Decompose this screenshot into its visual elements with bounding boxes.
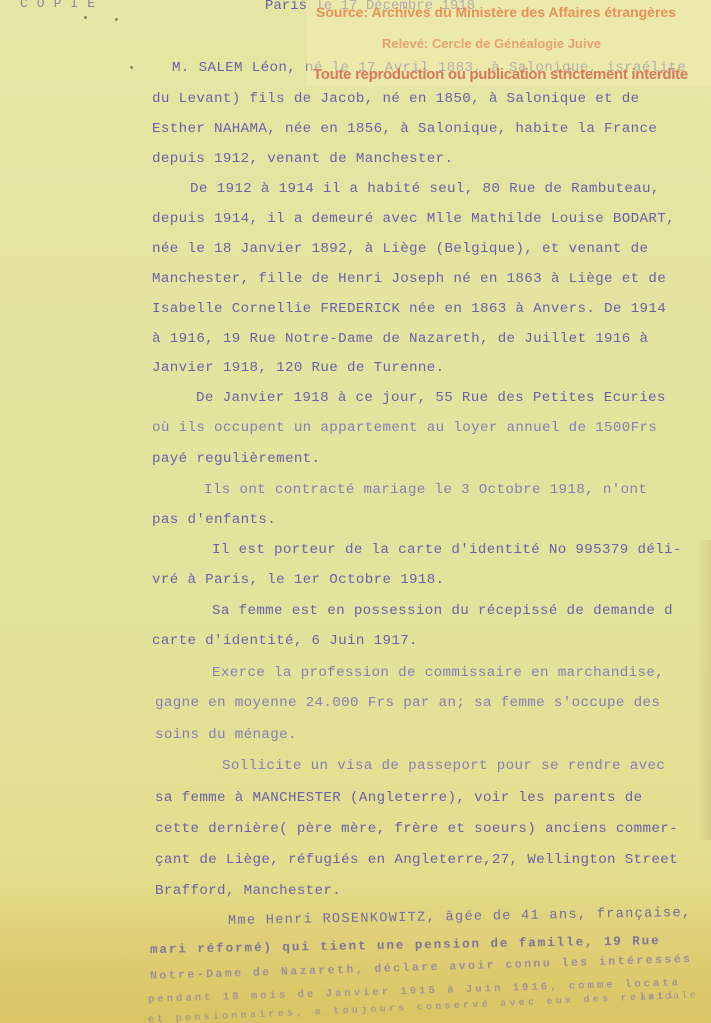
body-line: payé regulièrement. <box>152 451 320 467</box>
ink-speck <box>115 18 118 21</box>
watermark-releve: Relevé: Cercle de Généalogie Juive <box>382 36 601 51</box>
body-line: Janvier 1918, 120 Rue de Turenne. <box>152 360 445 376</box>
body-line: vré à Paris, le 1er Octobre 1918. <box>152 572 445 588</box>
watermark-source: Source: Archives du Ministère des Affair… <box>316 4 676 20</box>
ink-speck <box>130 66 133 69</box>
body-line: De Janvier 1918 à ce jour, 55 Rue des Pe… <box>196 390 666 406</box>
body-line: du Levant) fils de Jacob, né en 1850, à … <box>152 91 640 107</box>
body-line: gagne en moyenne 24.000 Frs par an; sa f… <box>155 695 660 711</box>
body-line: çant de Liège, réfugiés en Angleterre,27… <box>155 852 678 868</box>
body-line: Brafford, Manchester. <box>155 883 341 899</box>
ink-speck <box>84 16 87 19</box>
paper-edge-shadow <box>697 540 711 840</box>
body-line: Isabelle Cornellie FREDERICK née en 1863… <box>152 301 666 317</box>
body-line: à 1916, 19 Rue Notre-Dame de Nazareth, d… <box>152 331 648 347</box>
body-line: mari réformé) qui tient une pension de f… <box>150 934 661 957</box>
copy-label: COPIE <box>20 0 104 11</box>
body-line: cette dernière( père mère, frère et soeu… <box>155 821 678 837</box>
body-line: Exerce la profession de commissaire en m… <box>212 665 664 681</box>
body-line: Il est porteur de la carte d'identité No… <box>212 542 682 558</box>
body-line: Ils ont contracté mariage le 3 Octobre 1… <box>204 482 647 498</box>
body-line: Mme Henri ROSENKOWITZ, âgée de 41 ans, f… <box>228 906 692 929</box>
body-line: Sollicite un visa de passeport pour se r… <box>222 758 665 774</box>
body-line: carte d'identité, 6 Juin 1917. <box>152 633 418 649</box>
body-line: depuis 1914, il a demeuré avec Mlle Math… <box>152 211 675 227</box>
body-line: Manchester, fille de Henri Joseph né en … <box>152 271 666 287</box>
body-line: depuis 1912, venant de Manchester. <box>152 151 453 167</box>
body-line: Sa femme est en possession du récepissé … <box>212 603 673 619</box>
body-line: née le 18 Janvier 1892, à Liège (Belgiqu… <box>152 241 648 257</box>
body-line: Esther NAHAMA, née en 1856, à Salonique,… <box>152 121 657 137</box>
scanned-document-page: COPIE Paris le 17 Décembre 1918 M. SALEM… <box>0 0 711 1023</box>
body-line: De 1912 à 1914 il a habité seul, 80 Rue … <box>190 181 660 197</box>
body-line: pas d'enfants. <box>152 512 276 528</box>
body-line: sa femme à MANCHESTER (Angleterre), voir… <box>155 790 643 806</box>
body-line: amicale <box>640 989 698 1003</box>
body-line: où ils occupent un appartement au loyer … <box>152 420 657 436</box>
body-line: soins du ménage. <box>155 727 297 743</box>
watermark-notice: Toute reproduction ou publication strict… <box>313 66 688 83</box>
